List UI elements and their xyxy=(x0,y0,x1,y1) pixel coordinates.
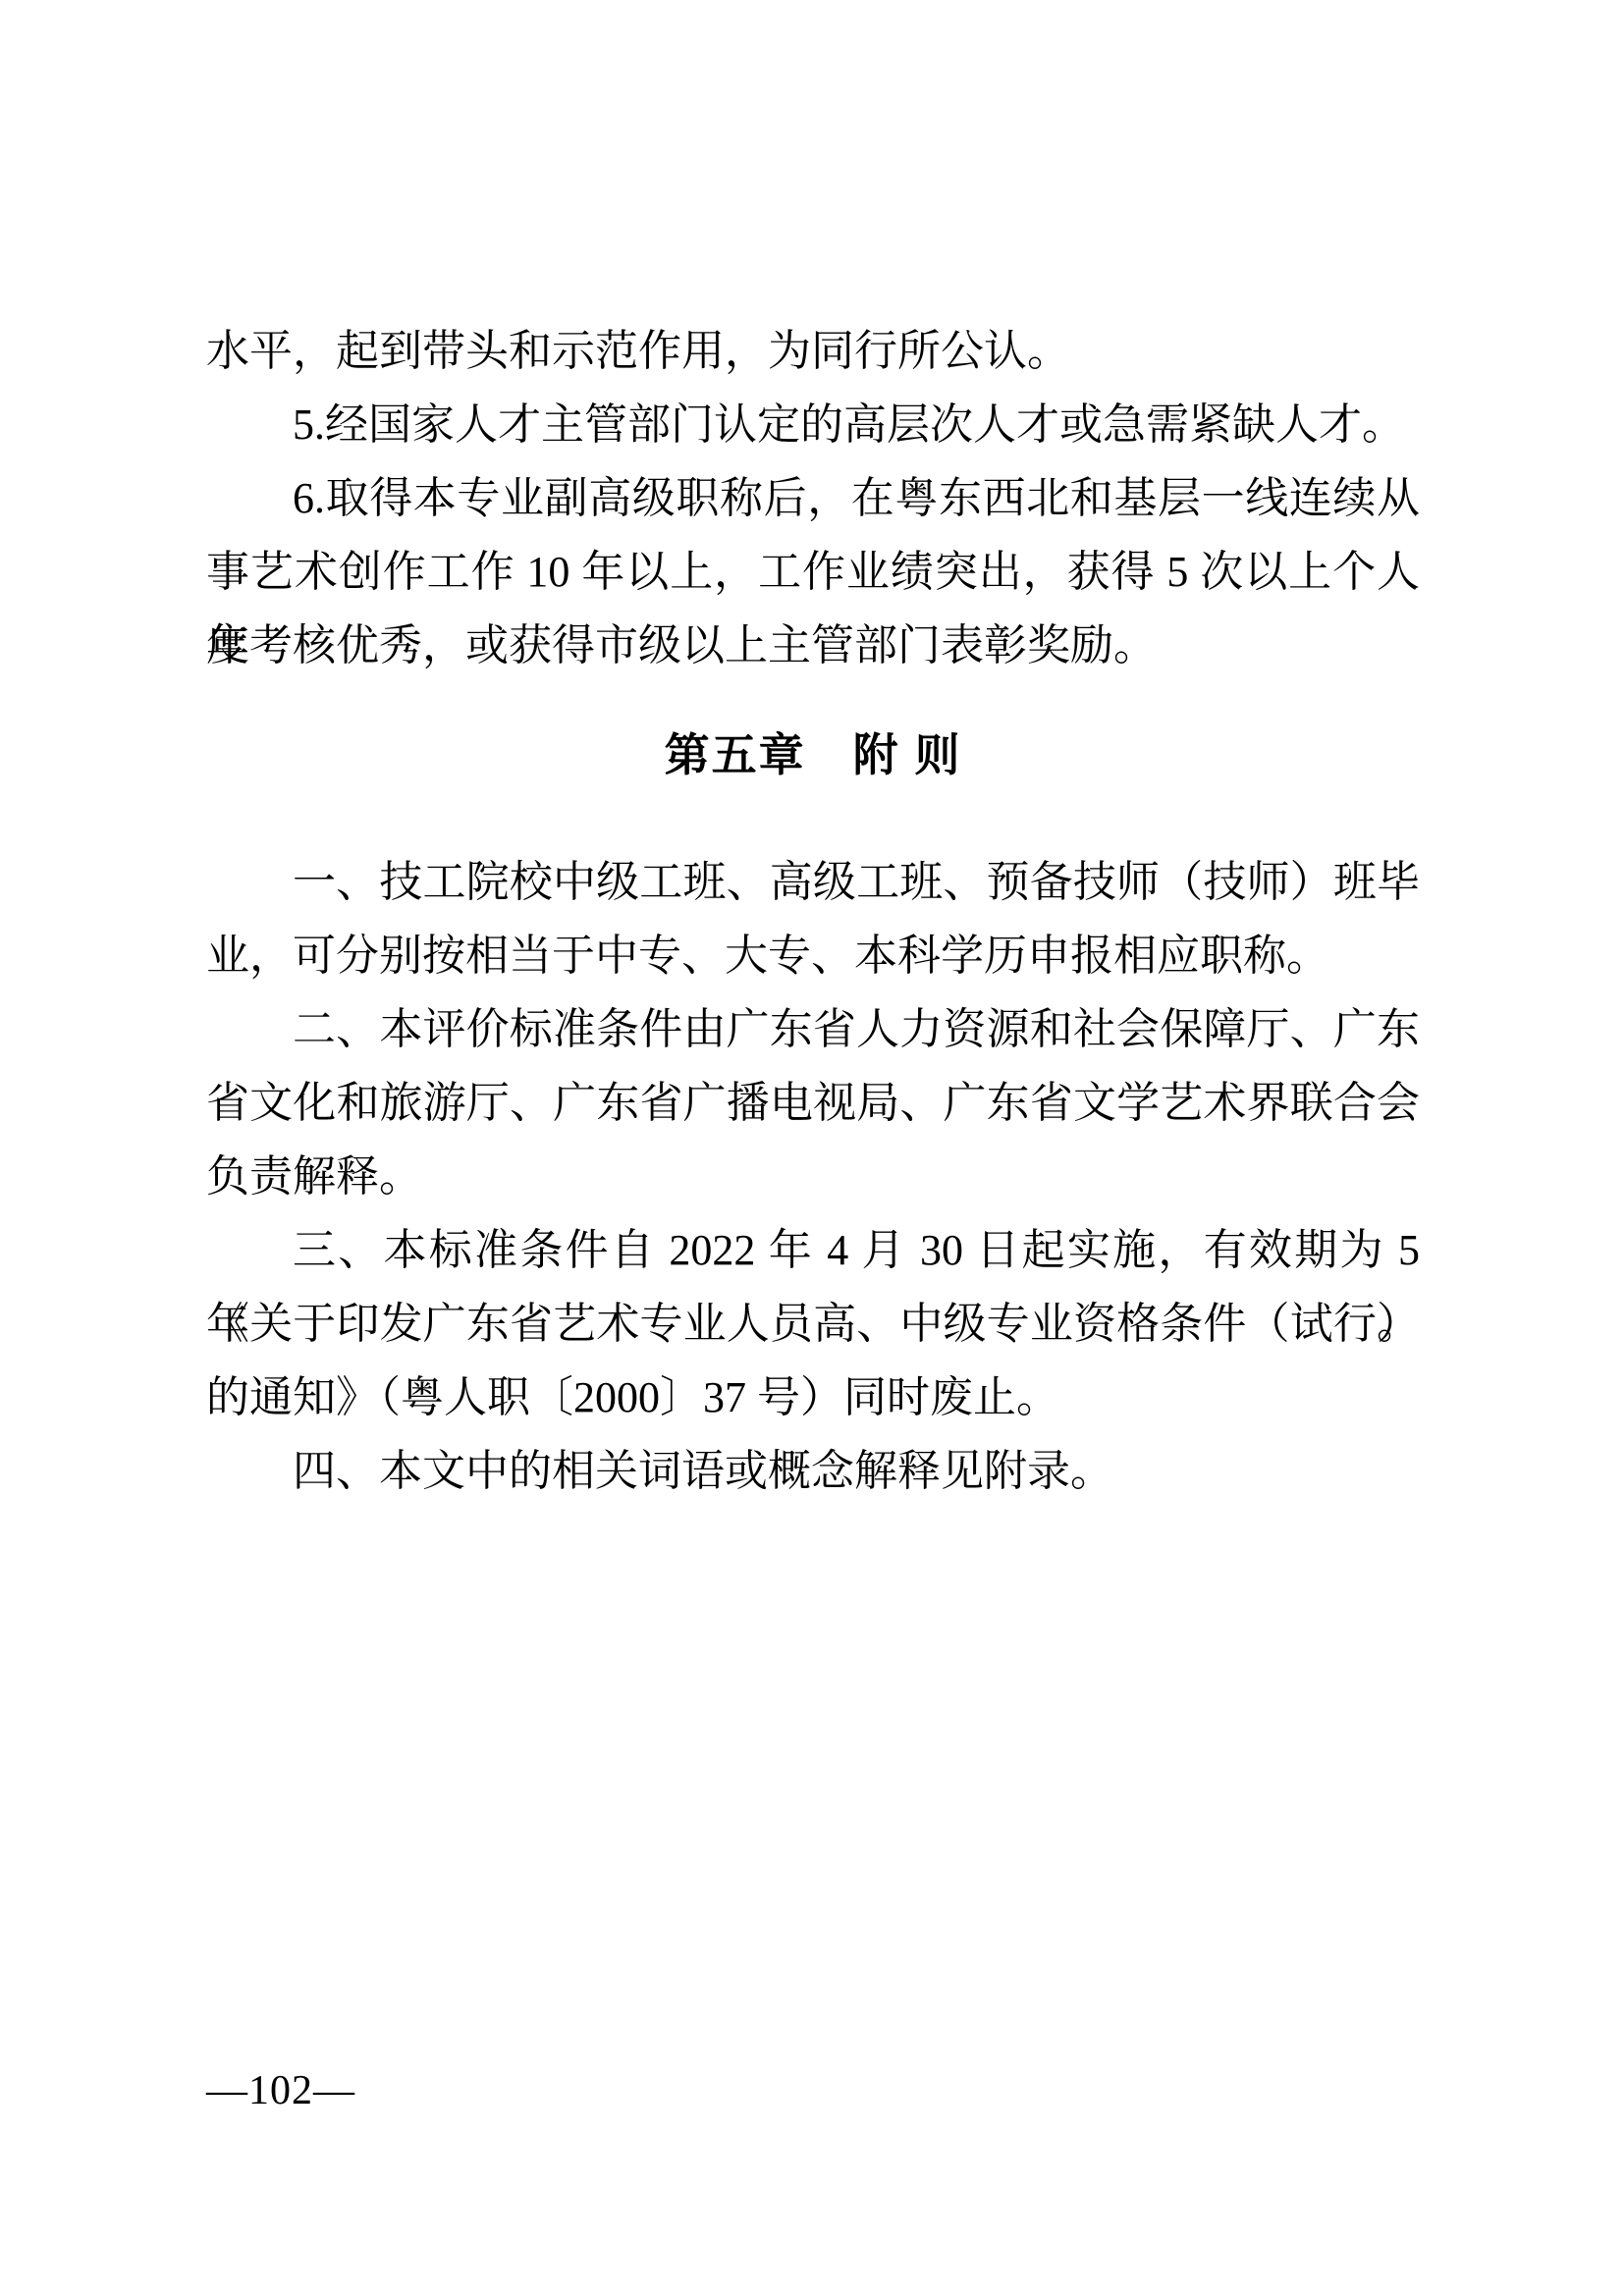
text-line: 四、本文中的相关词语或概念解释见附录。 xyxy=(206,1434,1420,1508)
text-line: 事艺术创作工作 10 年以上，工作业绩突出，获得 5 次以上个人年 xyxy=(206,535,1420,609)
text-line: 负责解释。 xyxy=(206,1140,1420,1213)
text-line: 《关于印发广东省艺术专业人员高、中级专业资格条件（试行） xyxy=(206,1287,1420,1361)
paragraph: 6.取得本专业副高级职称后，在粤东西北和基层一线连续从事艺术创作工作 10 年以… xyxy=(206,461,1420,682)
paragraph: 三、本标准条件自 2022 年 4 月 30 日起实施，有效期为 5 年。《关于… xyxy=(206,1213,1420,1434)
page-number: —102— xyxy=(206,2067,355,2114)
paragraph: 水平，起到带头和示范作用，为同行所公认。 xyxy=(206,314,1420,388)
document-content: 水平，起到带头和示范作用，为同行所公认。5.经国家人才主管部门认定的高层次人才或… xyxy=(206,314,1420,1508)
text-line: 5.经国家人才主管部门认定的高层次人才或急需紧缺人才。 xyxy=(206,388,1420,461)
paragraph: 二、本评价标准条件由广东省人力资源和社会保障厅、广东省文化和旅游厅、广东省广播电… xyxy=(206,992,1420,1213)
paragraph: 一、技工院校中级工班、高级工班、预备技师（技师）班毕业，可分别按相当于中专、大专… xyxy=(206,845,1420,992)
text-line: 一、技工院校中级工班、高级工班、预备技师（技师）班毕 xyxy=(206,845,1420,919)
text-line: 业，可分别按相当于中专、大专、本科学历申报相应职称。 xyxy=(206,919,1420,992)
chapter-heading: 第五章 附 则 xyxy=(206,718,1420,792)
text-line: 三、本标准条件自 2022 年 4 月 30 日起实施，有效期为 5 年。 xyxy=(206,1213,1420,1287)
text-line: 二、本评价标准条件由广东省人力资源和社会保障厅、广东 xyxy=(206,992,1420,1066)
document-page: 水平，起到带头和示范作用，为同行所公认。5.经国家人才主管部门认定的高层次人才或… xyxy=(0,0,1624,2296)
paragraph: 四、本文中的相关词语或概念解释见附录。 xyxy=(206,1434,1420,1508)
text-line: 省文化和旅游厅、广东省广播电视局、广东省文学艺术界联合会 xyxy=(206,1066,1420,1140)
text-line: 度考核优秀，或获得市级以上主管部门表彰奖励。 xyxy=(206,609,1420,682)
text-line: 的通知》（粤人职〔2000〕37 号）同时废止。 xyxy=(206,1361,1420,1434)
text-line: 水平，起到带头和示范作用，为同行所公认。 xyxy=(206,314,1420,388)
paragraph: 5.经国家人才主管部门认定的高层次人才或急需紧缺人才。 xyxy=(206,388,1420,461)
text-line: 6.取得本专业副高级职称后，在粤东西北和基层一线连续从 xyxy=(206,461,1420,535)
